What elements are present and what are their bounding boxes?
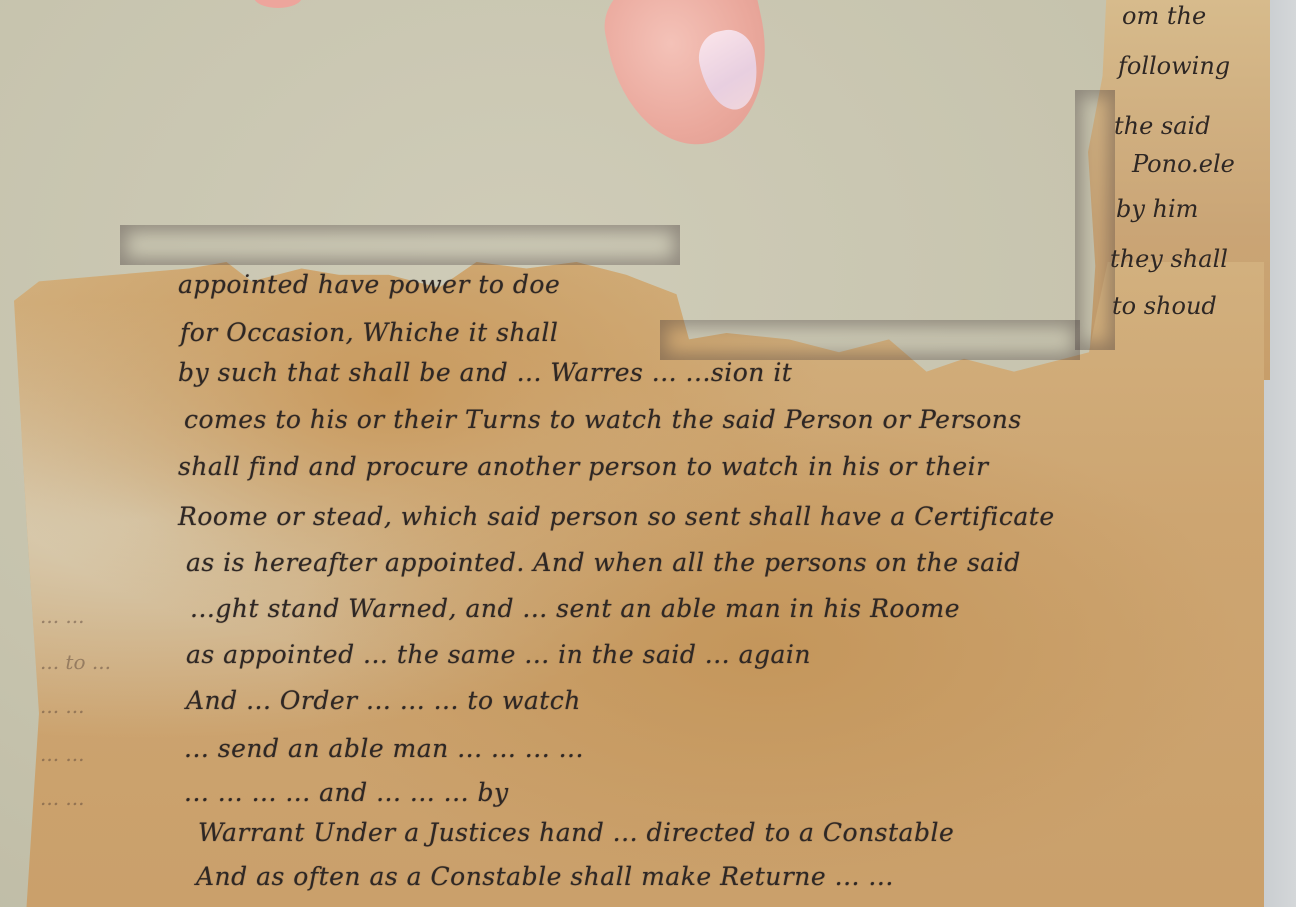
manuscript-line: Warrant Under a Justices hand ... direct… — [198, 818, 954, 847]
manuscript-right-line: to shoud — [1112, 292, 1217, 320]
manuscript-right-line: following — [1118, 52, 1230, 80]
manuscript-right-line: om the — [1122, 2, 1206, 30]
margin-offset-text: ... to ... — [40, 650, 111, 674]
margin-offset-text: ... ... — [40, 604, 85, 628]
manuscript-right-line: Pono.ele — [1132, 150, 1235, 178]
margin-offset-text: ... ... — [40, 786, 85, 810]
manuscript-line: comes to his or their Turns to watch the… — [184, 405, 1022, 434]
margin-offset-text: ... ... — [40, 742, 85, 766]
fingernail — [694, 25, 765, 115]
manuscript-line: And as often as a Constable shall make R… — [196, 862, 894, 891]
manuscript-line: as is hereafter appointed. And when all … — [186, 548, 1021, 577]
manuscript-line: ... send an able man ... ... ... ... — [184, 734, 584, 763]
manuscript-line: by such that shall be and ... Warres ...… — [178, 358, 792, 387]
manuscript-right-line: by him — [1116, 195, 1198, 223]
manuscript-line: as appointed ... the same ... in the sai… — [186, 640, 811, 669]
manuscript-line: ... ... ... ... and ... ... ... by — [184, 778, 509, 807]
manuscript-line: ...ght stand Warned, and ... sent an abl… — [190, 594, 960, 623]
manuscript-right-line: they shall — [1110, 245, 1228, 273]
manuscript-line: Roome or stead, which said person so sen… — [178, 502, 1055, 531]
margin-offset-text: ... ... — [40, 694, 85, 718]
manuscript-line: shall find and procure another person to… — [178, 452, 989, 481]
manuscript-line: appointed have power to doe — [178, 270, 560, 299]
manuscript-line: for Occasion, Whiche it shall — [180, 318, 558, 347]
manuscript-right-line: the said — [1114, 112, 1211, 140]
manuscript-line: And ... Order ... ... ... to watch — [186, 686, 581, 715]
